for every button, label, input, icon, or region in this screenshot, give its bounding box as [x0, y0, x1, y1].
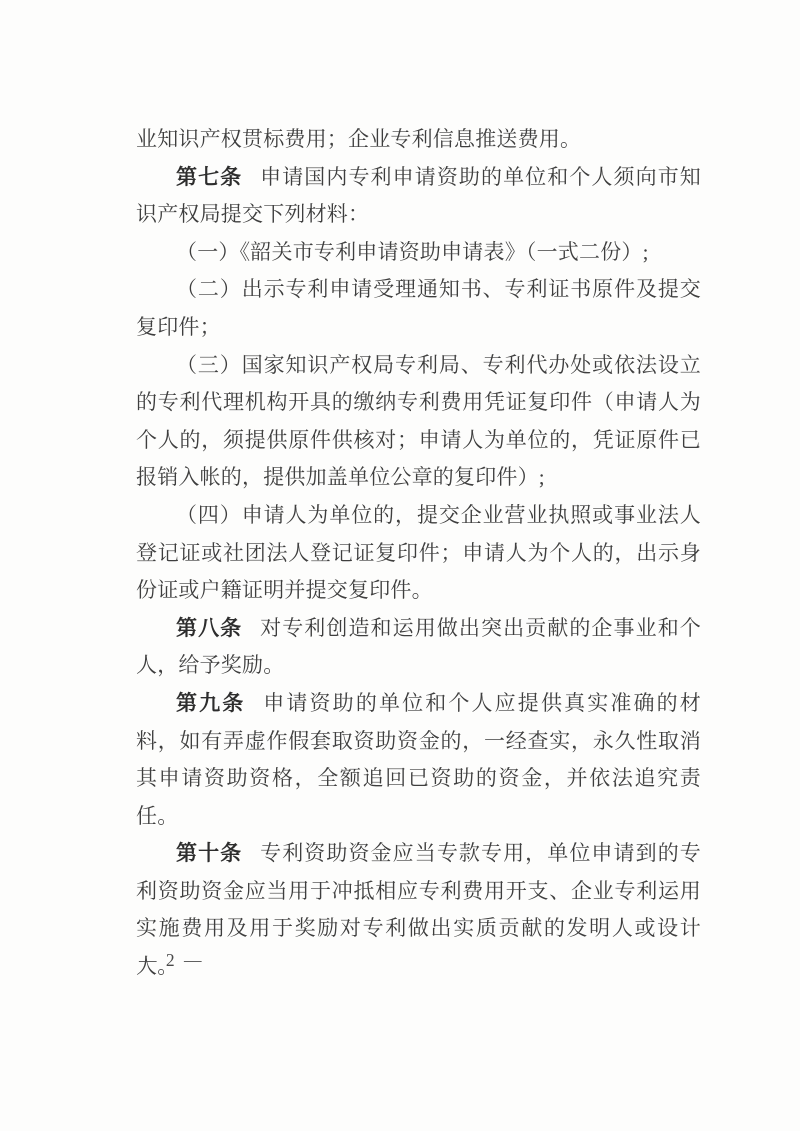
document-page: 业知识产权贯标费用；企业专利信息推送费用。第七条申请国内专利申请资助的单位和个人… [0, 0, 800, 1131]
document-body: 业知识产权贯标费用；企业专利信息推送费用。第七条申请国内专利申请资助的单位和个人… [136, 121, 701, 986]
paragraph-text: （二）出示专利申请受理通知书、专利证书原件及提交复印件； [136, 277, 701, 339]
paragraph: （三）国家知识产权局专利局、专利代办处或依法设立的专利代理机构开具的缴纳专利费用… [136, 347, 701, 497]
paragraph: 第七条申请国内专利申请资助的单位和个人须向市知识产权局提交下列材料： [136, 159, 701, 234]
page-number: — 2 — [139, 950, 204, 971]
article-number: 第七条 [176, 165, 242, 189]
paragraph: （二）出示专利申请受理通知书、专利证书原件及提交复印件； [136, 271, 701, 346]
paragraph: 第八条对专利创造和运用做出突出贡献的企事业和个人，给予奖励。 [136, 610, 701, 685]
article-number: 第九条 [176, 691, 245, 715]
paragraph-text: （三）国家知识产权局专利局、专利代办处或依法设立的专利代理机构开具的缴纳专利费用… [136, 353, 701, 490]
paragraph: 第九条申请资助的单位和个人应提供真实准确的材料，如有弄虚作假套取资助资金的，一经… [136, 685, 701, 835]
paragraph: （一）《韶关市专利申请资助申请表》（一式二份）; [136, 234, 701, 272]
paragraph-text: （一）《韶关市专利申请资助申请表》（一式二份）; [176, 240, 649, 264]
paragraph-text: 业知识产权贯标费用；企业专利信息推送费用。 [136, 127, 581, 151]
paragraph: 业知识产权贯标费用；企业专利信息推送费用。 [136, 121, 701, 159]
paragraph: （四）申请人为单位的，提交企业营业执照或事业法人登记证或社团法人登记证复印件；申… [136, 497, 701, 610]
article-number: 第十条 [176, 841, 242, 865]
paragraph: 第十条专利资助资金应当专款专用，单位申请到的专利资助资金应当用于冲抵相应专利费用… [136, 835, 701, 985]
article-number: 第八条 [176, 616, 242, 640]
paragraph-text: （四）申请人为单位的，提交企业营业执照或事业法人登记证或社团法人登记证复印件；申… [136, 503, 701, 602]
